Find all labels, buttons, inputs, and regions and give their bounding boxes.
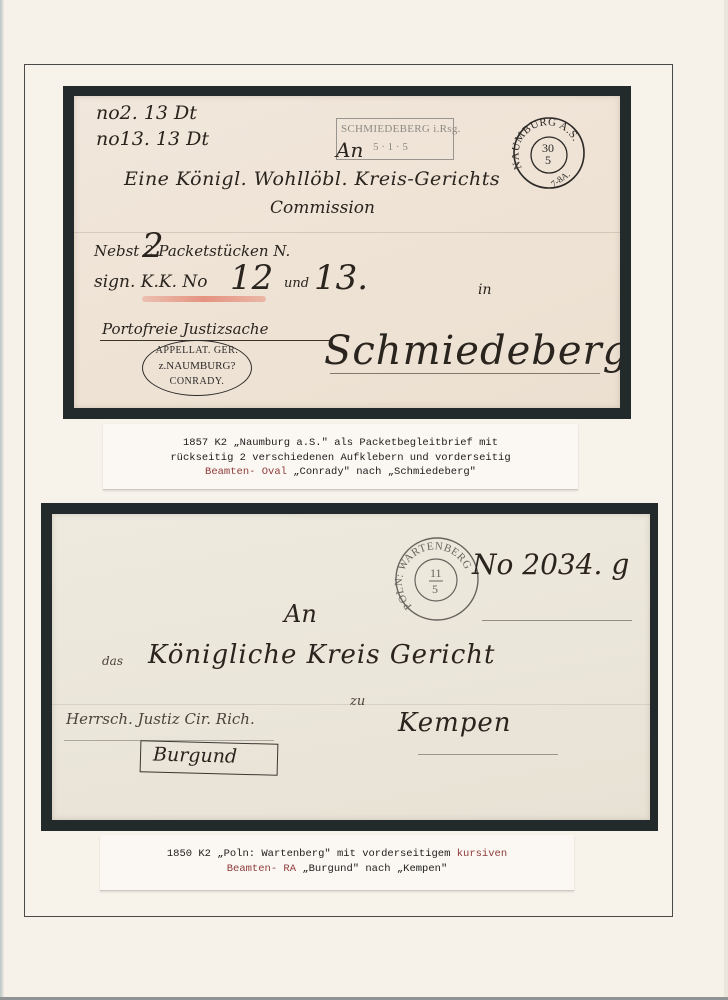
parcel-note-sign: sign. K.K. No <box>94 272 208 292</box>
naumburg-date-month: 5 <box>545 153 551 168</box>
caption-1-line-2: rückseitig 2 verschiedenen Aufklebern un… <box>103 451 578 466</box>
address-line-2: Commission <box>270 198 375 218</box>
portofrei-note: Portofreie Justizsache <box>102 320 268 338</box>
destination-underline <box>330 373 600 374</box>
parcel-und: und <box>284 276 309 291</box>
zu-word: zu <box>350 694 365 709</box>
cover-naumburg[interactable]: no2. 13 Dt no13. 13 Dt SCHMIEDEBERG i.Rs… <box>74 96 620 408</box>
conrady-oval-stamp: APPELLAT. GER. z.NAUMBURG? CONRADY. <box>142 340 252 396</box>
red-crayon-mark <box>142 296 266 302</box>
caption-2-highlight-kursiven: kursiven <box>457 848 507 860</box>
caption-cover-2: 1850 K2 „Poln: Wartenberg" mit vordersei… <box>100 835 574 891</box>
address-line-1: Königliche Kreis Gericht <box>148 640 496 670</box>
address-an: An <box>284 600 317 628</box>
naumburg-circle-cancel: NAUMBURG A.S. 30 5 7-8A. <box>512 116 586 190</box>
caption-2-line-2-rest: „Burgund" nach „Kempen" <box>296 863 447 875</box>
cover-wartenberg[interactable]: POLN: WARTENBERG 11 5 No 2034. g An das … <box>52 514 650 820</box>
caption-cover-1: 1857 K2 „Naumburg a.S." als Packetbeglei… <box>103 424 578 490</box>
box-cancel-town: SCHMIEDEBERG i.Rsg. <box>341 123 461 135</box>
box-cancel-date: 5 · 1 · 5 <box>373 141 408 153</box>
reference-number: No 2034. g <box>472 548 629 581</box>
page-edge-left <box>0 0 4 1000</box>
caption-2-line-1: 1850 K2 „Poln: Wartenberg" mit vordersei… <box>100 847 574 862</box>
parcel-number-13: 13. <box>314 258 368 298</box>
ra-stamp-text: Burgund <box>153 744 238 768</box>
docket-note-1: no2. 13 Dt <box>96 102 197 124</box>
docket-note-2: no13. 13 Dt <box>96 128 209 150</box>
caption-2-highlight-ra: Beamten- RA <box>227 863 296 875</box>
burgund-ra-stamp: Burgund <box>140 740 279 776</box>
destination-kempen: Kempen <box>398 708 512 738</box>
caption-2-line-1-text: 1850 K2 „Poln: Wartenberg" mit vordersei… <box>167 848 457 860</box>
address-das: das <box>102 654 123 668</box>
address-line-1: Eine Königl. Wohllöbl. Kreis-Gerichts <box>124 168 500 190</box>
parcel-number-12: 12 <box>230 258 273 298</box>
wartenberg-date-month: 5 <box>432 582 438 597</box>
address-an: An <box>336 138 363 162</box>
destination-schmiedeberg: Schmiedeberg. <box>324 328 620 374</box>
oval-line-2: z.NAUMBURG? <box>143 360 251 372</box>
caption-2-line-2: Beamten- RA „Burgund" nach „Kempen" <box>100 862 574 877</box>
caption-1-line-3: Beamten- Oval „Conrady" nach „Schmiedebe… <box>103 465 578 480</box>
caption-1-line-1: 1857 K2 „Naumburg a.S." als Packetbeglei… <box>103 436 578 451</box>
oval-line-1: APPELLAT. GER. <box>143 345 251 356</box>
wartenberg-date-day: 11 <box>430 566 442 581</box>
in-word: in <box>478 282 492 298</box>
page-edge-right <box>724 0 728 1000</box>
caption-1-line-3-rest: „Conrady" nach „Schmiedeberg" <box>287 466 476 478</box>
destination-underline <box>418 754 558 755</box>
parcel-count: 2 <box>142 226 164 266</box>
caption-1-highlight: Beamten- Oval <box>205 466 287 478</box>
oval-line-3: CONRADY. <box>143 376 251 387</box>
sender-note: Herrsch. Justiz Cir. Rich. <box>66 710 255 728</box>
wartenberg-circle-cancel: POLN: WARTENBERG 11 5 <box>394 536 480 622</box>
reference-underline <box>482 620 632 621</box>
